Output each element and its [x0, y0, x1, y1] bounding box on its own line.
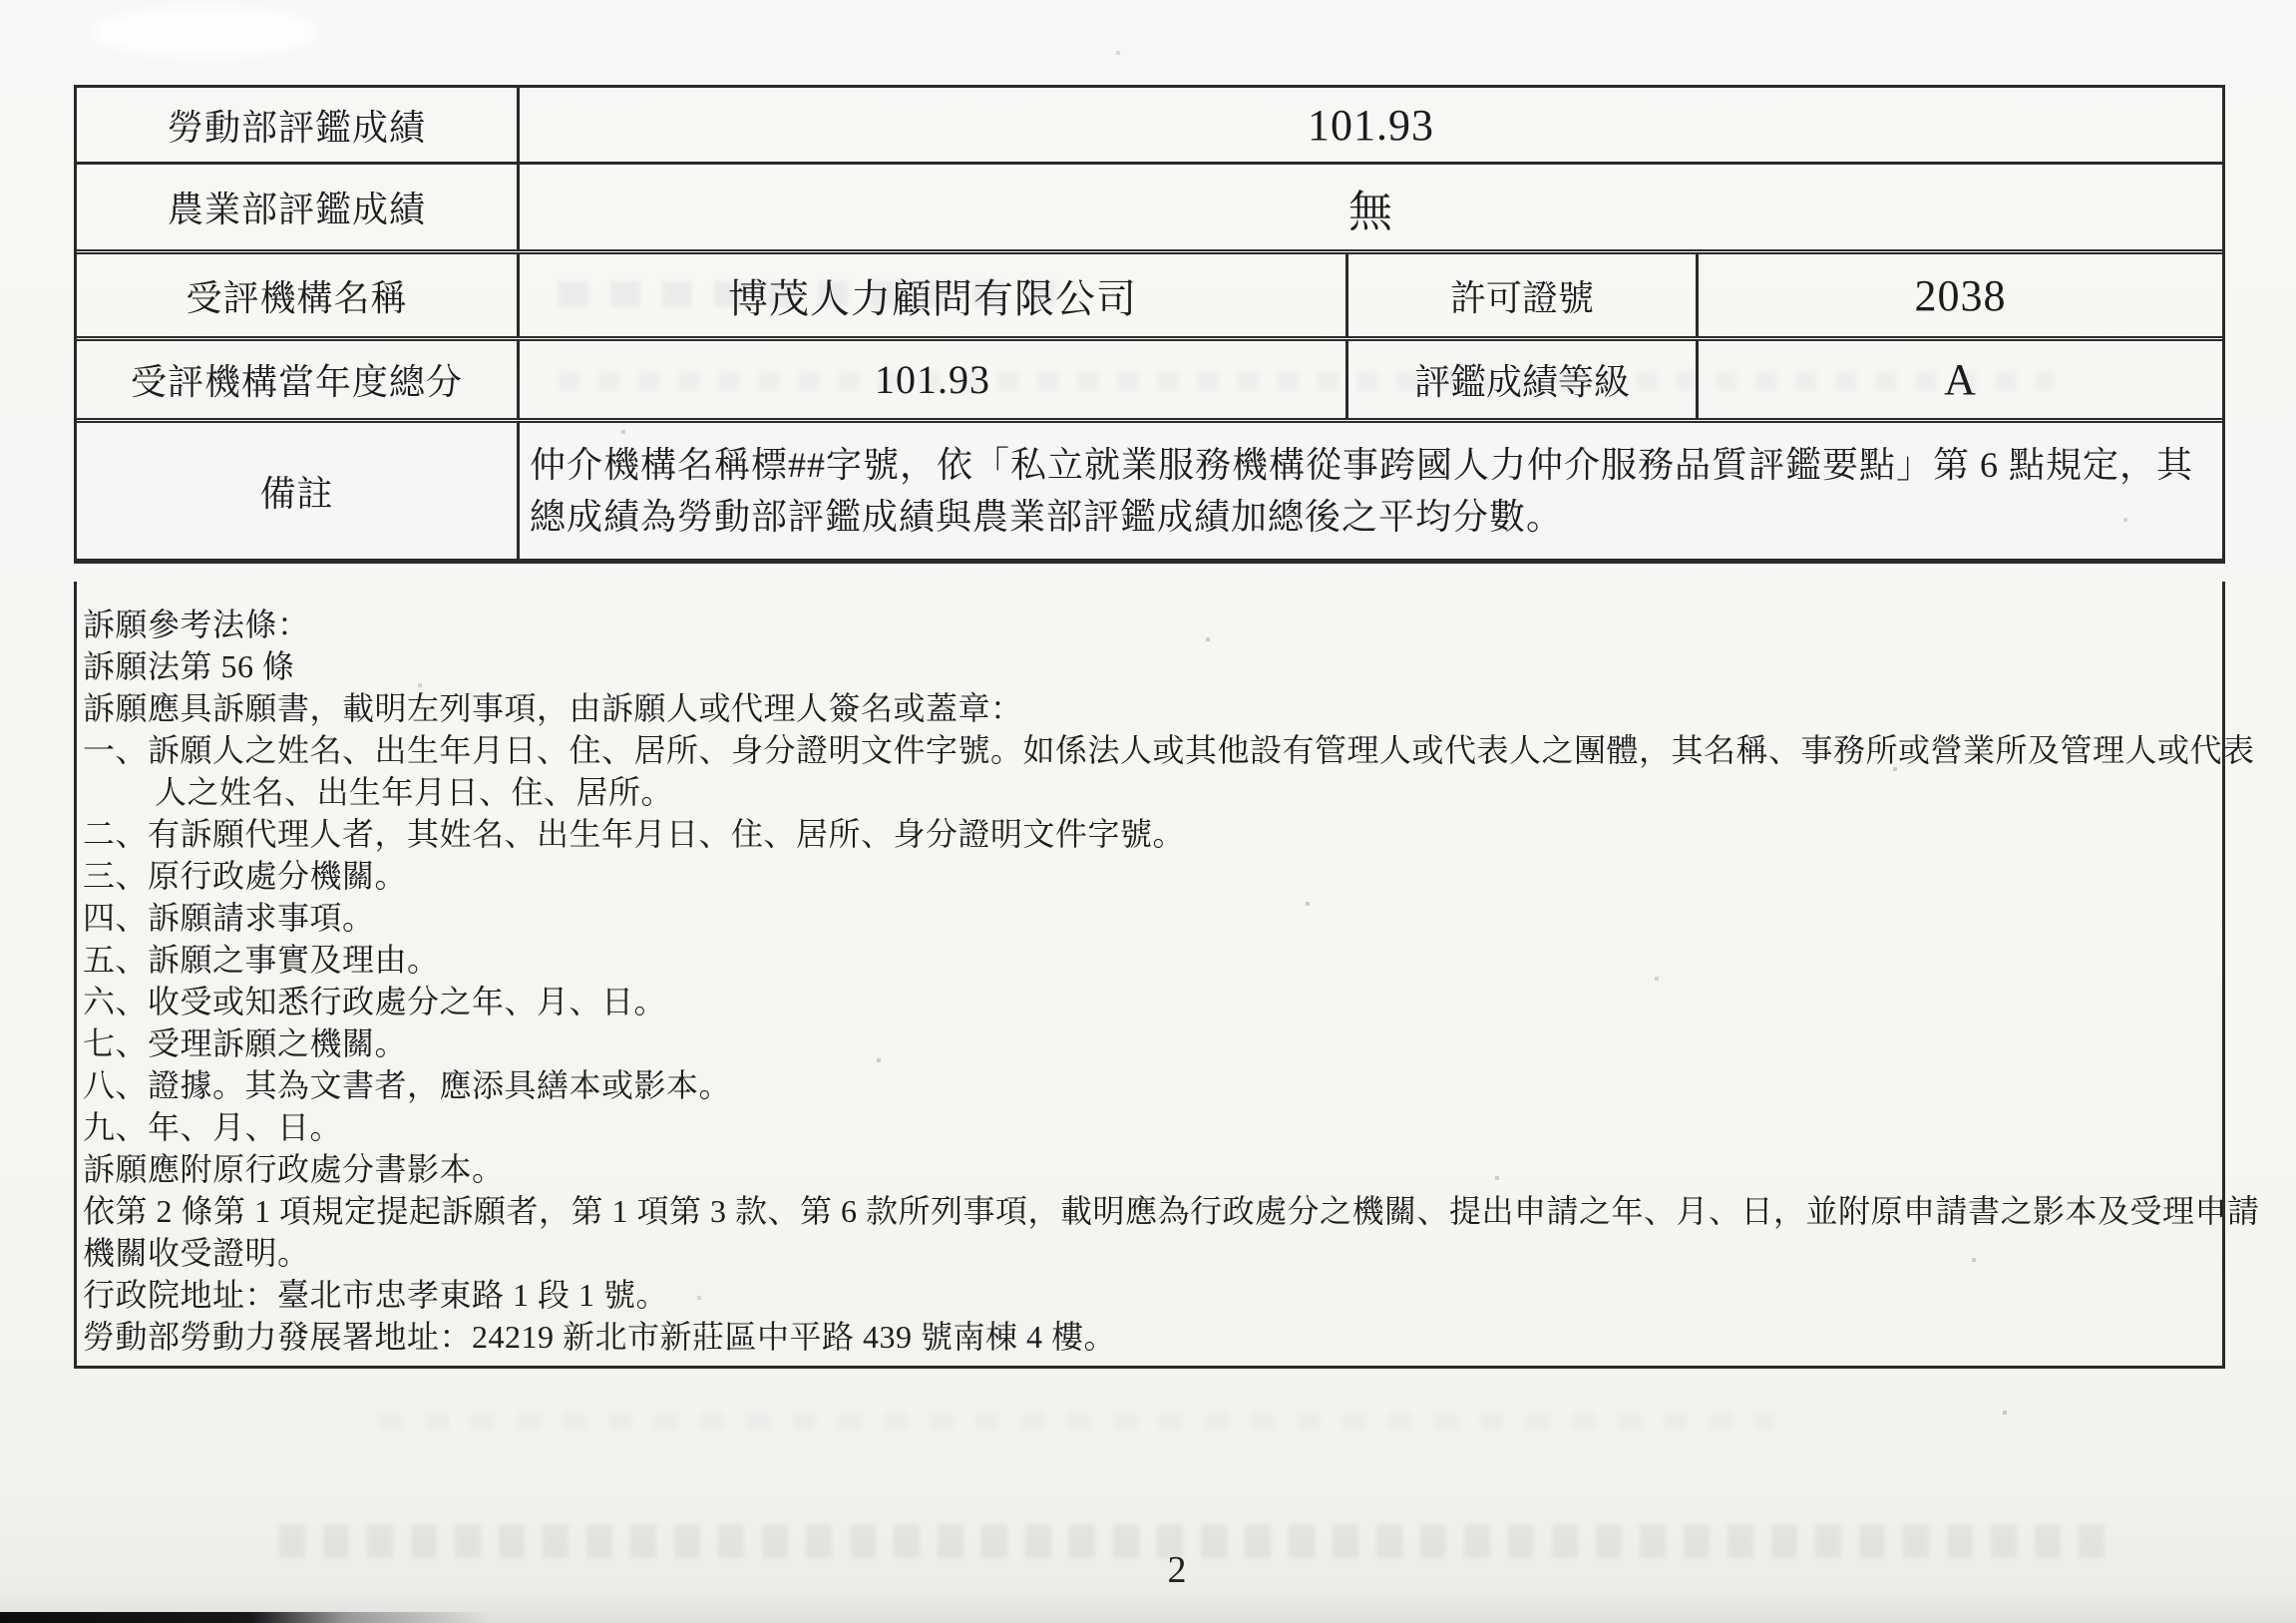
table-row-remarks: 備註 仲介機構名稱標##字號，依「私立就業服務機構從事跨國人力仲介服務品質評鑑要… — [77, 418, 2222, 559]
bleedthrough-ghost-text — [379, 1413, 1775, 1430]
scanned-document-page: 勞動部評鑑成績 101.93 農業部評鑑成績 無 受評機構名稱 博茂人力顧問有限… — [0, 0, 2296, 1623]
legal-line: 行政院地址：臺北市忠孝東路 1 段 1 號。 — [83, 1274, 2214, 1316]
grade-label: 評鑑成績等級 — [1345, 341, 1696, 418]
row-label: 受評機構當年度總分 — [77, 341, 517, 418]
scan-edge-strip — [0, 1612, 559, 1623]
total-score-value: 101.93 — [517, 341, 1345, 418]
row-value: 101.93 — [517, 88, 2222, 162]
legal-line: 訴願應具訴願書，載明左列事項，由訴願人或代理人簽名或蓋章： — [83, 687, 2214, 729]
legal-line: 八、證據。其為文書者，應添具繕本或影本。 — [83, 1064, 2214, 1106]
remarks-text: 仲介機構名稱標##字號，依「私立就業服務機構從事跨國人力仲介服務品質評鑑要點」第… — [517, 423, 2222, 559]
permit-number-label: 許可證號 — [1345, 254, 1696, 336]
page-number: 2 — [1137, 1548, 1217, 1592]
legal-line: 九、年、月、日。 — [83, 1106, 2214, 1148]
legal-line: 五、訴願之事實及理由。 — [83, 939, 2214, 981]
permit-number-value: 2038 — [1696, 254, 2222, 336]
legal-line: 訴願法第 56 條 — [83, 645, 2214, 687]
table-row-agriculture-ministry-score: 農業部評鑑成績 無 — [77, 162, 2222, 249]
evaluation-score-table: 勞動部評鑑成績 101.93 農業部評鑑成績 無 受評機構名稱 博茂人力顧問有限… — [74, 85, 2225, 564]
legal-line: 訴願參考法條： — [83, 604, 2214, 645]
legal-line: 七、受理訴願之機關。 — [83, 1022, 2214, 1064]
legal-line: 二、有訴願代理人者，其姓名、出生年月日、住、居所、身分證明文件字號。 — [83, 813, 2214, 855]
table-row-labor-ministry-score: 勞動部評鑑成績 101.93 — [77, 88, 2222, 162]
row-label: 受評機構名稱 — [77, 254, 517, 336]
table-row-total-score-and-grade: 受評機構當年度總分 101.93 評鑑成績等級 A — [77, 336, 2222, 418]
appeal-legal-reference-section: 訴願參考法條： 訴願法第 56 條 訴願應具訴願書，載明左列事項，由訴願人或代理… — [74, 582, 2225, 1369]
row-label: 農業部評鑑成績 — [77, 165, 517, 249]
scan-light-patch — [90, 6, 319, 58]
legal-line: 四、訴願請求事項。 — [83, 897, 2214, 939]
legal-line: 六、收受或知悉行政處分之年、月、日。 — [83, 981, 2214, 1022]
legal-line: 一、訴願人之姓名、出生年月日、住、居所、身分證明文件字號。如係法人或其他設有管理… — [83, 729, 2214, 771]
agency-name-value: 博茂人力顧問有限公司 — [517, 254, 1345, 336]
legal-line: 依第 2 條第 1 項規定提起訴願者，第 1 項第 3 款、第 6 款所列事項，… — [83, 1190, 2214, 1232]
legal-line: 勞動部勞動力發展署地址：24219 新北市新莊區中平路 439 號南棟 4 樓。 — [83, 1316, 2214, 1358]
legal-line: 三、原行政處分機關。 — [83, 855, 2214, 897]
row-value: 無 — [517, 165, 2222, 249]
legal-line: 人之姓名、出生年月日、住、居所。 — [83, 771, 2214, 813]
paper-speckles — [0, 0, 2, 2]
legal-line: 機關收受證明。 — [83, 1232, 2214, 1274]
grade-value: A — [1696, 341, 2222, 418]
legal-line: 訴願應附原行政處分書影本。 — [83, 1148, 2214, 1190]
remarks-label: 備註 — [77, 423, 517, 559]
row-label: 勞動部評鑑成績 — [77, 88, 517, 162]
table-row-agency-name-and-permit: 受評機構名稱 博茂人力顧問有限公司 許可證號 2038 — [77, 249, 2222, 336]
